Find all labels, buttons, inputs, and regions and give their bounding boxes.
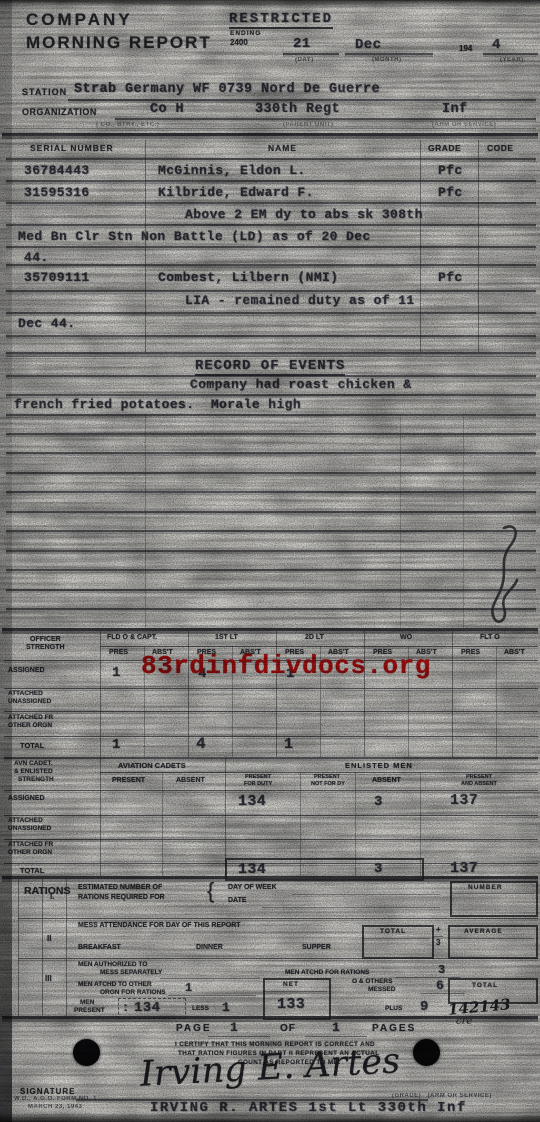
table-line: [4, 839, 538, 840]
rations-line: [18, 918, 538, 919]
station-value: Strab Germany WF 0739 Nord De Guerre: [74, 82, 380, 97]
form-number: W.D., A.G.O. FORM NO. 1: [14, 1096, 97, 1102]
roster-line: [6, 290, 536, 292]
scan-edge-bottom: [0, 1112, 540, 1122]
blank-line: [6, 472, 536, 474]
date-label: DATE: [228, 897, 247, 904]
date-month-value: Dec: [355, 37, 381, 53]
mess-separately-label: MESS SEPARATELY: [100, 969, 162, 976]
row-total-label: TOTAL: [20, 866, 44, 875]
roster-line: [6, 414, 536, 416]
row-assigned-label: ASSIGNED: [8, 667, 45, 674]
net-box-label: NET: [283, 981, 299, 988]
blank-line: [6, 433, 536, 435]
col-present-not-for-dy2: NOT FOR DY: [311, 781, 345, 787]
officer-assigned-fld-pres: 1: [112, 665, 121, 681]
ending-label: ENDING: [230, 30, 261, 37]
less-label: LESS: [192, 1005, 209, 1012]
year-caption: (YEAR): [500, 57, 524, 63]
record-of-events-heading: RECORD OF EVENTS: [195, 358, 345, 376]
roster-remark: Dec 44.: [18, 316, 75, 331]
net-value: 133: [277, 996, 305, 1013]
section-band: [2, 133, 538, 136]
men-authorized-label: MEN AUTHORIZED TO: [78, 961, 147, 968]
table-divider: [496, 646, 497, 757]
officer-total-2dlt-pres: 1: [284, 736, 293, 753]
month-caption: (MONTH): [372, 57, 402, 63]
organization-arm: Inf: [442, 102, 468, 117]
total-box-line: [362, 938, 430, 939]
page-number: 1: [230, 1020, 238, 1035]
row-attached-unassigned-label: ATTACHED: [8, 817, 43, 824]
brace-glyph: {: [207, 878, 214, 904]
blank-line: [6, 491, 536, 493]
month-blank-line: [345, 53, 433, 55]
roster-header-grade: GRADE: [428, 143, 461, 153]
morning-report-scan: COMPANY MORNING REPORT RESTRICTED ENDING…: [0, 0, 540, 1122]
roster-header-serial: SERIAL NUMBER: [30, 143, 114, 153]
form-title-line2: MORNING REPORT: [26, 33, 212, 53]
table-divider: [364, 631, 365, 757]
row-attached-unassigned-label: ATTACHED: [8, 690, 43, 697]
col-present-for-duty2: FOR DUTY: [244, 781, 272, 787]
officer-group-1st-lt: 1ST LT: [215, 634, 238, 641]
others-messed-label2: MESSED: [368, 986, 395, 993]
pages-label: PAGES: [372, 1023, 416, 1034]
roster-line: [6, 312, 536, 314]
aviation-cadets-header: AVIATION CADETS: [118, 761, 186, 770]
men-atchd-for-rations-label: MEN ATCHD FOR RATIONS: [285, 969, 369, 976]
pages-blank: [305, 1036, 367, 1037]
estimated-rations-label2: RATIONS REQUIRED FOR: [78, 894, 165, 901]
pen-mark: [470, 520, 530, 635]
date-year-value: 4: [492, 37, 501, 53]
table-line: [100, 646, 538, 647]
officer-total-1stlt-pres: 4: [196, 735, 206, 753]
blank-col-divider: [400, 414, 401, 628]
men-atchd-other-label2: ORGN FOR RATIONS: [100, 989, 166, 996]
row-attached-fr-label: ATTACHED FR: [8, 714, 53, 721]
col-pres: PRES: [109, 649, 128, 656]
officer-strength-label2: STRENGTH: [26, 644, 65, 651]
day-caption: (DAY): [295, 57, 314, 63]
mess-separately-blank: [160, 978, 260, 979]
scan-edge-left: [0, 0, 12, 1122]
plus-value: 9: [420, 999, 429, 1015]
col-en-absent: ABSENT: [372, 777, 401, 784]
roster-name: Kilbride, Edward F.: [158, 185, 314, 200]
roster-serial: 31595316: [24, 185, 90, 200]
record-of-events-line: Company had roast chicken &: [190, 377, 411, 392]
roster-line: [6, 352, 536, 354]
dinner-label: DINNER: [196, 944, 223, 951]
organization-label: ORGANIZATION: [22, 107, 97, 117]
table-divider: [276, 631, 277, 757]
rations-vertical-label: RATIONS: [24, 882, 37, 902]
row-attached-fr-label: ATTACHED FR: [8, 841, 53, 848]
station-line: [68, 99, 536, 101]
roster-line: [6, 246, 536, 248]
table-line: [4, 688, 538, 689]
total-box-part3-label: TOTAL: [472, 982, 498, 989]
divide-plus-glyph: +: [436, 925, 441, 934]
men-atchd-other-label1: MEN ATCHD TO OTHER: [78, 981, 152, 988]
average-box-line: [448, 938, 534, 939]
roster-remark: LIA - remained duty as of 11: [185, 293, 415, 308]
signature-label: SIGNATURE: [20, 1087, 76, 1096]
scan-edge-top: [0, 0, 540, 8]
punch-hole-right: [413, 1039, 440, 1066]
col-present-for-duty: PRESENT: [245, 774, 271, 780]
day-of-week-label: DAY OF WEEK: [228, 884, 277, 891]
handwritten-initials: cre: [456, 1016, 472, 1027]
roster-line: [6, 335, 536, 337]
part-3-numeral: III: [45, 974, 52, 983]
roster-line: [6, 202, 536, 204]
table-line: [4, 790, 538, 791]
col-av-absent: ABSENT: [176, 777, 205, 784]
part-2-numeral: II: [47, 934, 51, 943]
officer-group-wo: WO: [400, 634, 412, 641]
enlisted-assigned-pfd: 134: [238, 793, 266, 810]
punch-hole-left: [73, 1039, 100, 1066]
total-box-label: TOTAL: [380, 928, 406, 935]
table-divider: [188, 631, 189, 757]
number-box-label: NUMBER: [468, 884, 503, 891]
others-messed-label1: O & OTHERS: [352, 978, 392, 985]
col-present-and-absent2: AND ABSENT: [461, 781, 497, 787]
roster-name: Combest, Lilbern (NMI): [158, 270, 338, 285]
col-present-not-for-dy: PRESENT: [314, 774, 340, 780]
organization-line: [115, 118, 536, 120]
row-attached-unassigned-label2: UNASSIGNED: [8, 698, 51, 705]
men-present-value: 134: [134, 1000, 160, 1016]
enlisted-total-pfd: 134: [238, 861, 266, 878]
men-atchd-other-value: 1: [185, 981, 193, 995]
table-line: [4, 736, 538, 737]
enlisted-strength-label1: AVN CADET.: [14, 760, 53, 767]
officer-group-fldo-capt: FLD O & CAPT.: [107, 634, 157, 641]
record-of-events-line: french fried potatoes. Morale high: [14, 397, 301, 412]
roster-serial: 36784443: [24, 163, 90, 178]
row-assigned-label: ASSIGNED: [8, 795, 45, 802]
roster-line: [6, 394, 536, 396]
blank-line: [6, 589, 536, 591]
others-messed-value: 6: [436, 978, 444, 993]
roster-name: McGinnis, Eldon L.: [158, 163, 306, 178]
enlisted-total-pa: 137: [450, 860, 478, 877]
men-present-label1: MEN: [80, 999, 94, 1006]
col-av-present: PRESENT: [112, 777, 145, 784]
men-present-label2: PRESENT: [74, 1007, 105, 1014]
average-box-label: AVERAGE: [464, 928, 503, 935]
divide-bar: [433, 936, 443, 937]
roster-grade: Pfc: [438, 185, 463, 200]
officer-total-fld-pres: 1: [112, 737, 121, 753]
day-blank-line: [283, 53, 339, 55]
form-title-line1: COMPANY: [26, 10, 133, 30]
roster-line: [6, 224, 536, 226]
blank-col-divider: [145, 414, 146, 628]
day-of-week-blank: [292, 894, 440, 895]
table-line: [4, 711, 538, 712]
page-blank: [208, 1036, 270, 1037]
roster-remark: Med Bn Clr Stn Non Battle (LD) as of 20 …: [18, 229, 371, 244]
col-abst: ABS'T: [504, 649, 525, 656]
officer-group-flt-o: FLT O: [480, 634, 500, 641]
organization-unit: 330th Regt: [255, 102, 340, 117]
roster-line: [6, 158, 536, 160]
date-day-value: 21: [293, 36, 311, 52]
row-total-label: TOTAL: [20, 741, 44, 750]
organization-company: Co H: [150, 102, 184, 117]
rations-border: [42, 879, 43, 1016]
row-attached-fr-label2: OTHER ORGN: [8, 722, 52, 729]
page-label: PAGE: [176, 1023, 212, 1034]
enlisted-assigned-pa: 137: [450, 792, 478, 809]
rations-border: [18, 879, 19, 1016]
divide-by-three: 3: [436, 938, 440, 947]
classification-stamp: RESTRICTED: [229, 11, 333, 29]
supper-label: SUPPER: [302, 944, 331, 951]
table-line: [4, 815, 538, 816]
part-1-numeral: I.: [50, 892, 54, 901]
year-blank-line: [483, 53, 538, 55]
enlisted-total-absent: 3: [374, 861, 383, 877]
row-attached-fr-label2: OTHER ORGN: [8, 849, 52, 856]
roster-header-name: NAME: [268, 143, 297, 153]
of-label: OF: [280, 1023, 296, 1034]
plus-label: PLUS: [385, 1005, 402, 1012]
table-divider: [452, 631, 453, 757]
blank-line: [6, 511, 536, 513]
roster-line: [6, 264, 536, 266]
less-value: 1: [222, 1000, 230, 1015]
blank-line: [6, 452, 536, 454]
blank-line: [6, 569, 536, 571]
enlisted-assigned-absent: 3: [374, 794, 383, 810]
blank-line: [6, 550, 536, 552]
net-box-line: [263, 991, 327, 992]
table-divider: [100, 631, 101, 757]
roster-serial: 35709111: [24, 270, 90, 285]
date-blank: [262, 907, 440, 908]
enlisted-strength-label2: & ENLISTED: [14, 768, 53, 775]
enlisted-men-header: ENLISTED MEN: [345, 761, 413, 770]
col-pres: PRES: [461, 649, 480, 656]
year-prefix: 194: [459, 44, 472, 53]
roster-header-code: CODE: [487, 143, 514, 153]
men-present-colon: :: [122, 1001, 130, 1015]
blank-line: [6, 608, 536, 610]
table-line: [100, 772, 538, 773]
table-divider: [162, 772, 163, 876]
breakfast-label: BREAKFAST: [78, 944, 121, 951]
station-label: STATION: [22, 87, 67, 97]
atchd-other-blank: [168, 995, 256, 996]
site-watermark: 83rdinfdivdocs.org: [141, 651, 431, 681]
section-band: [2, 628, 538, 631]
number-box-line: [450, 893, 534, 894]
roster-grade: Pfc: [438, 163, 463, 178]
roster-remark: 44.: [24, 250, 49, 265]
grade-arm-caption: (GRADE) (ARM OR SERVICE): [392, 1093, 492, 1099]
divider: [4, 128, 536, 129]
men-atchd-for-rations-value: 3: [438, 963, 446, 977]
officer-strength-label1: OFFICER: [30, 636, 61, 643]
blank-col-divider: [463, 414, 464, 628]
ending-time: 2400: [230, 38, 248, 47]
divider: [6, 356, 536, 357]
table-divider: [100, 758, 101, 876]
table-line: [4, 757, 538, 759]
enlisted-strength-label3: STRENGTH: [18, 776, 54, 783]
estimated-rations-label1: ESTIMATED NUMBER OF: [78, 884, 162, 891]
roster-remark: Above 2 EM dy to abs sk 308th: [185, 207, 423, 222]
roster-line: [6, 180, 536, 182]
blank-line: [6, 530, 536, 532]
pages-number: 1: [332, 1020, 340, 1035]
mess-attendance-label: MESS ATTENDANCE FOR DAY OF THIS REPORT: [78, 922, 241, 929]
row-attached-unassigned-label2: UNASSIGNED: [8, 825, 51, 832]
officer-group-2d-lt: 2D LT: [305, 634, 324, 641]
roster-grade: Pfc: [438, 270, 463, 285]
rations-border: [66, 879, 67, 1016]
col-present-and-absent: PRESENT: [466, 774, 492, 780]
form-date: MARCH 23, 1943: [28, 1104, 82, 1110]
